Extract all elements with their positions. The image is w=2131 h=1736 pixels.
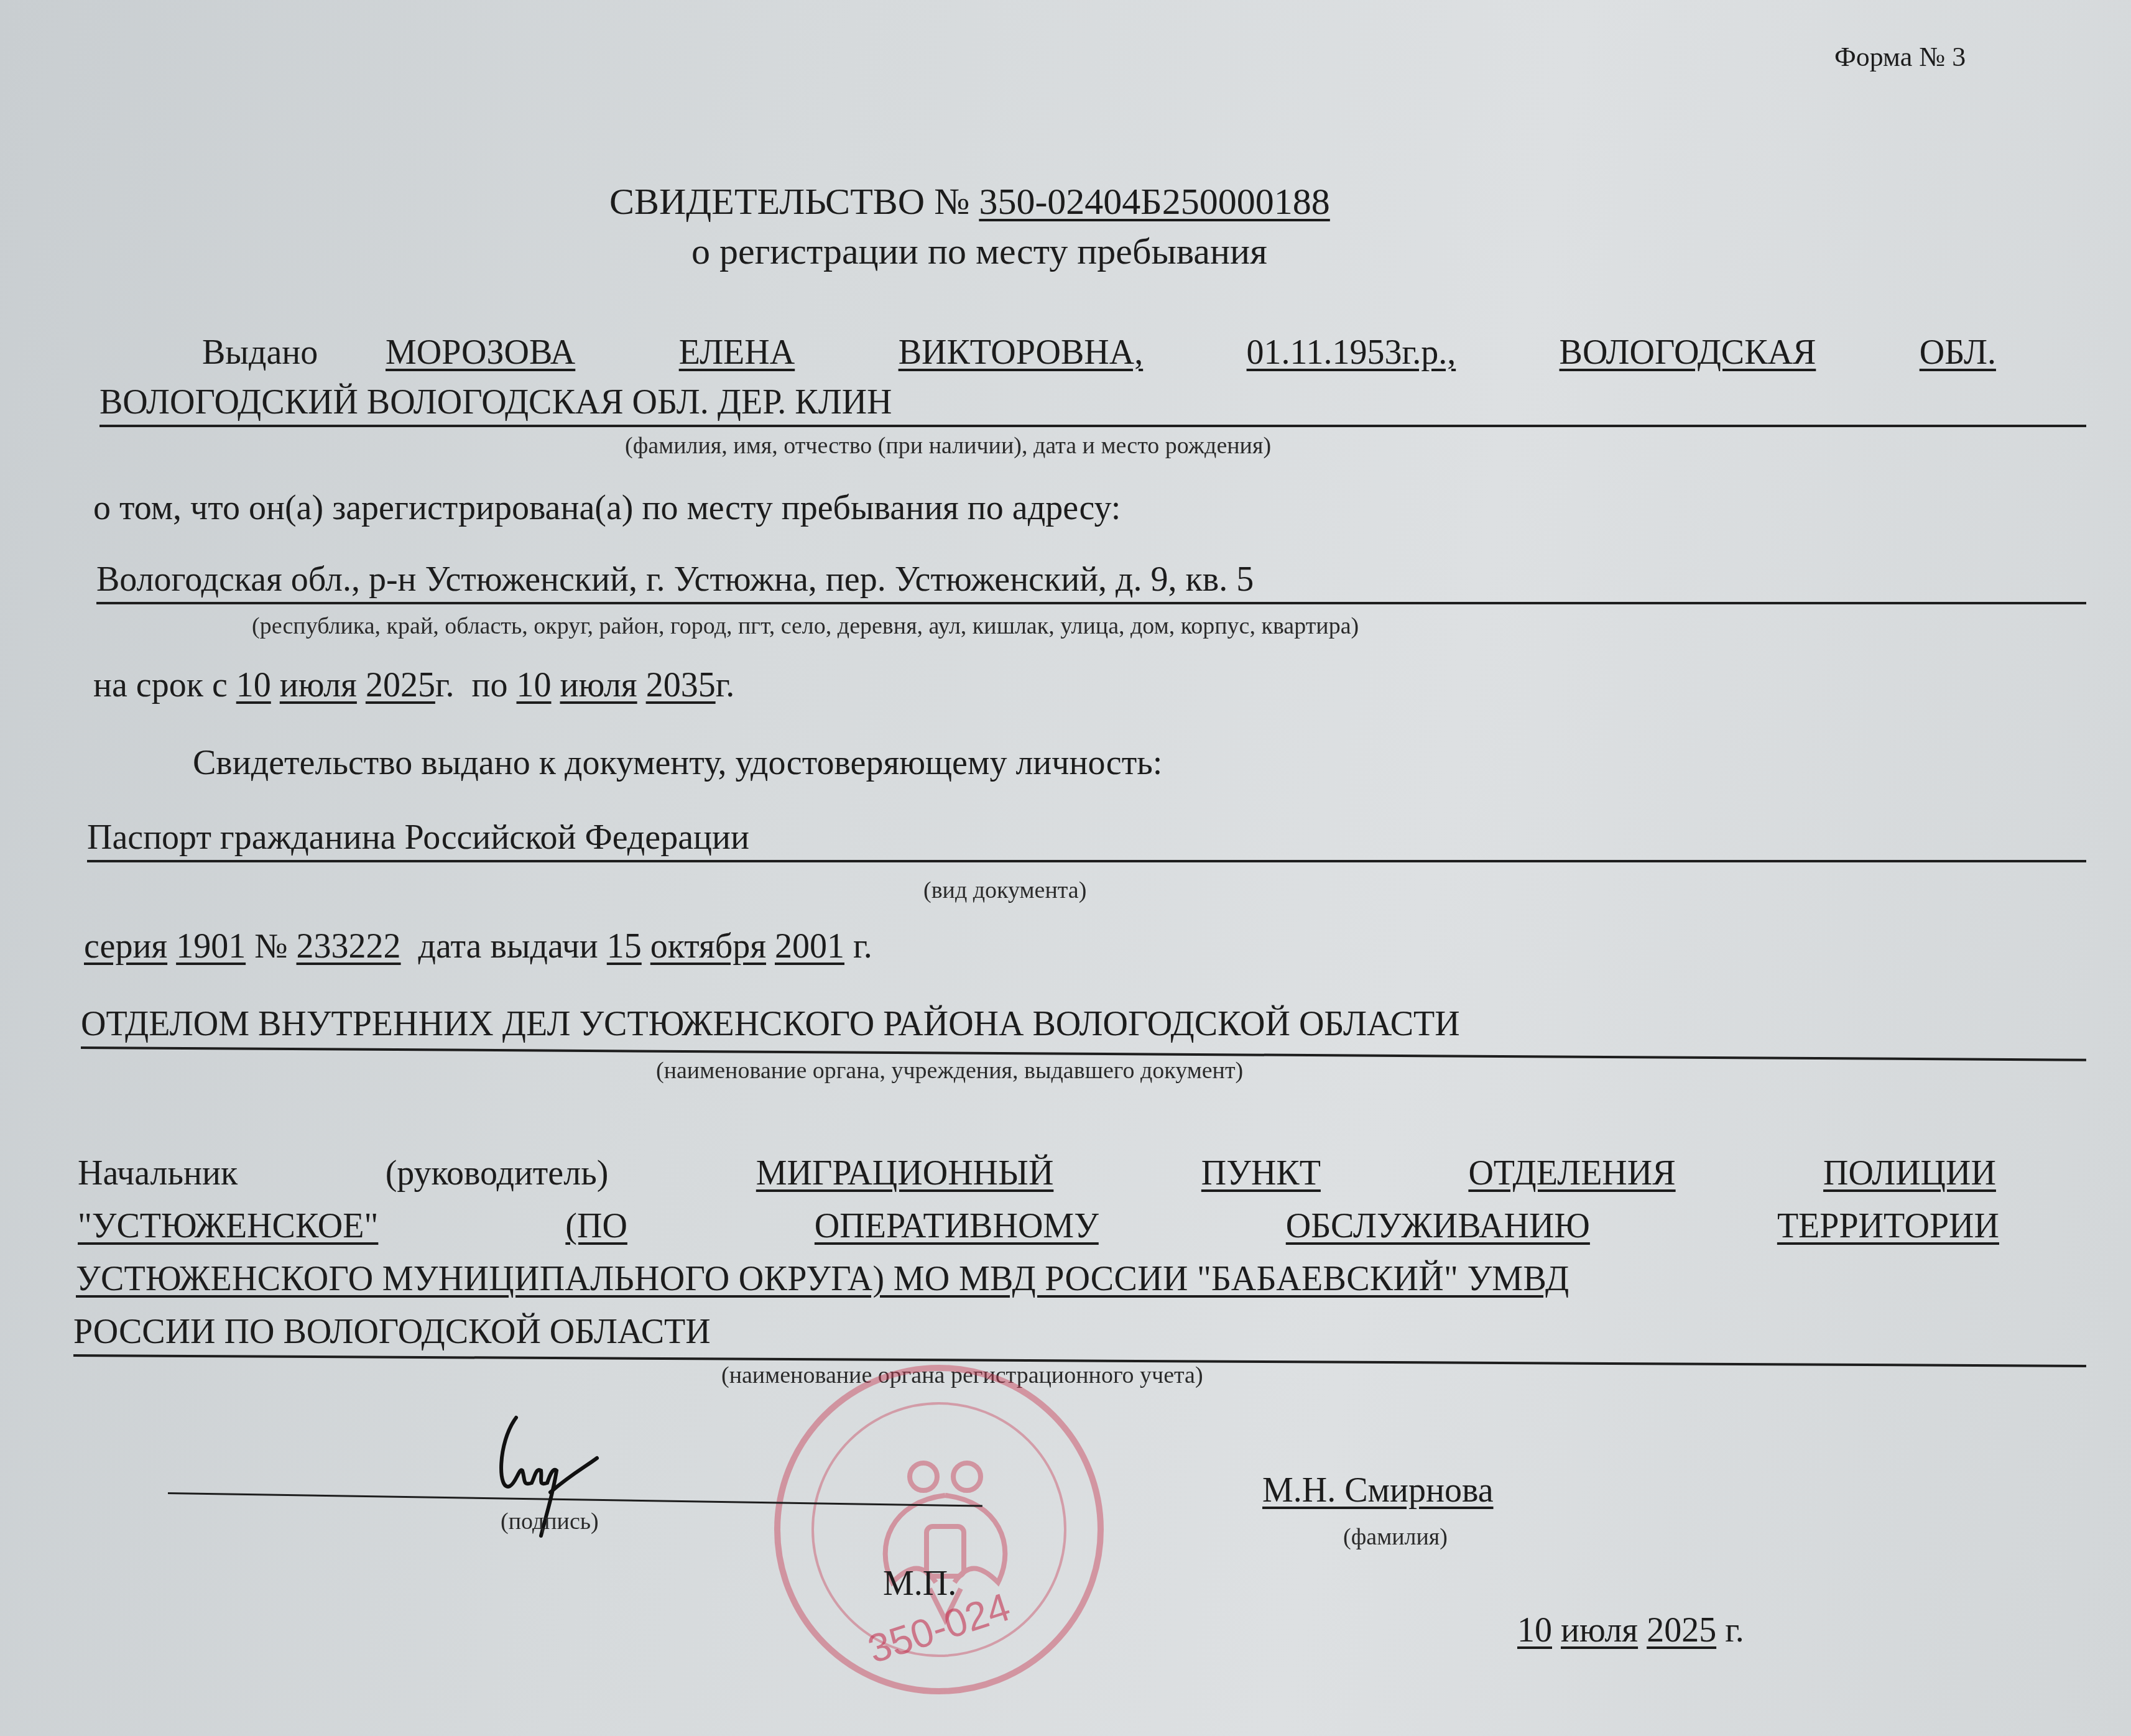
term-to-month: июля bbox=[560, 666, 637, 704]
issued-to-line1: МОРОЗОВА ЕЛЕНА ВИКТОРОВНА, 01.11.1953г.р… bbox=[386, 333, 1996, 372]
authority-word: "УСТЮЖЕНСКОЕ" bbox=[78, 1206, 378, 1246]
official-seal: 350-024 bbox=[774, 1365, 1104, 1694]
doc-issuer: ОТДЕЛОМ ВНУТРЕННИХ ДЕЛ УСТЮЖЕНСКОГО РАЙО… bbox=[81, 1004, 1460, 1044]
term-prefix: на срок с bbox=[93, 666, 228, 704]
doc-issue-month: октября bbox=[650, 927, 766, 966]
term-to-day: 10 bbox=[517, 666, 552, 704]
seal-label: М.П. bbox=[883, 1564, 956, 1604]
term-to-year: 2035 bbox=[646, 666, 716, 704]
issue-month: июля bbox=[1561, 1611, 1638, 1650]
authority-line4: РОССИИ ПО ВОЛОГОДСКОЙ ОБЛАСТИ bbox=[73, 1312, 711, 1352]
year-suffix: г. bbox=[435, 666, 455, 704]
number-label: № bbox=[254, 927, 287, 966]
authority-word: ПОЛИЦИИ bbox=[1823, 1153, 1996, 1193]
authority-word: ОТДЕЛЕНИЯ bbox=[1468, 1153, 1675, 1193]
doc-type-rule bbox=[87, 860, 2086, 862]
authority-line1: Начальник (руководитель) МИГРАЦИОННЫЙ ПУ… bbox=[78, 1153, 1996, 1193]
series-label: серия bbox=[84, 927, 167, 966]
issue-year: 2025 bbox=[1647, 1611, 1716, 1650]
authority-word: ТЕРРИТОРИИ bbox=[1777, 1206, 1999, 1246]
birth-region-suffix: ОБЛ. bbox=[1920, 333, 1996, 372]
signature-hint: (подпись) bbox=[501, 1508, 599, 1535]
identity-statement: Свидетельство выдано к документу, удосто… bbox=[193, 743, 1162, 783]
registration-address: Вологодская обл., р-н Устюженский, г. Ус… bbox=[96, 560, 1254, 599]
certificate-issue-date: 10 июля 2025 г. bbox=[1517, 1610, 1744, 1650]
issued-to-label: Выдано bbox=[202, 333, 318, 372]
term-line: на срок с 10 июля 2025г. по 10 июля 2035… bbox=[93, 665, 734, 705]
issue-year-suffix: г. bbox=[1725, 1611, 1744, 1650]
form-number: Форма № 3 bbox=[1834, 41, 1966, 73]
doc-number: 233222 bbox=[297, 927, 401, 966]
address-hint: (республика, край, область, округ, район… bbox=[252, 612, 1359, 640]
official-name-hint: (фамилия) bbox=[1343, 1523, 1448, 1551]
term-from-month: июля bbox=[280, 666, 357, 704]
doc-details-line: серия 1901 № 233222 дата выдачи 15 октяб… bbox=[84, 926, 872, 966]
birth-date: 01.11.1953г.р., bbox=[1247, 333, 1456, 372]
doc-series: 1901 bbox=[176, 927, 246, 966]
authority-word: МИГРАЦИОННЫЙ bbox=[756, 1153, 1054, 1193]
certificate-title: СВИДЕТЕЛЬСТВО № 350-02404Б250000188 bbox=[609, 180, 1330, 223]
birth-place: ВОЛОГОДСКИЙ ВОЛОГОДСКАЯ ОБЛ. ДЕР. КЛИН bbox=[99, 382, 892, 422]
official-name: М.Н. Смирнова bbox=[1262, 1471, 1494, 1510]
year-suffix: г. bbox=[716, 666, 735, 704]
issue-date-label: дата выдачи bbox=[418, 927, 598, 966]
authority-word: ОПЕРАТИВНОМУ bbox=[815, 1206, 1099, 1246]
issued-to-hint: (фамилия, имя, отчество (при наличии), д… bbox=[625, 432, 1271, 459]
certificate-number: 350-02404Б250000188 bbox=[979, 181, 1329, 222]
authority-line2: "УСТЮЖЕНСКОЕ" (ПО ОПЕРАТИВНОМУ ОБСЛУЖИВА… bbox=[78, 1206, 1999, 1246]
first-name: ЕЛЕНА bbox=[679, 333, 795, 372]
doc-issue-day: 15 bbox=[607, 927, 642, 966]
identity-doc-type: Паспорт гражданина Российской Федерации bbox=[87, 818, 749, 857]
certificate-subtitle: о регистрации по месту пребывания bbox=[691, 230, 1267, 273]
patronymic: ВИКТОРОВНА, bbox=[899, 333, 1144, 372]
term-from-day: 10 bbox=[236, 666, 271, 704]
birth-region: ВОЛОГОДСКАЯ bbox=[1560, 333, 1816, 372]
surname: МОРОЗОВА bbox=[386, 333, 575, 372]
head-label: Начальник bbox=[78, 1153, 238, 1193]
registration-statement: о том, что он(а) зарегистрирована(а) по … bbox=[93, 488, 1121, 528]
doc-issue-year-suffix: г. bbox=[853, 927, 872, 966]
doc-issuer-hint: (наименование органа, учреждения, выдавш… bbox=[656, 1057, 1243, 1084]
birth-place-rule bbox=[99, 425, 2086, 427]
term-from-year: 2025 bbox=[366, 666, 435, 704]
title-prefix: СВИДЕТЕЛЬСТВО № bbox=[609, 181, 969, 222]
authority-line3: УСТЮЖЕНСКОГО МУНИЦИПАЛЬНОГО ОКРУГА) МО М… bbox=[76, 1259, 1569, 1299]
head-label-paren: (руководитель) bbox=[386, 1153, 609, 1193]
doc-issue-year: 2001 bbox=[775, 927, 844, 966]
issue-day: 10 bbox=[1517, 1611, 1552, 1650]
authority-word: ПУНКТ bbox=[1201, 1153, 1321, 1193]
doc-type-hint: (вид документа) bbox=[923, 877, 1086, 904]
address-rule bbox=[96, 602, 2086, 604]
authority-word: (ПО bbox=[565, 1206, 627, 1246]
term-to-word: по bbox=[472, 666, 508, 704]
authority-word: ОБСЛУЖИВАНИЮ bbox=[1286, 1206, 1590, 1246]
